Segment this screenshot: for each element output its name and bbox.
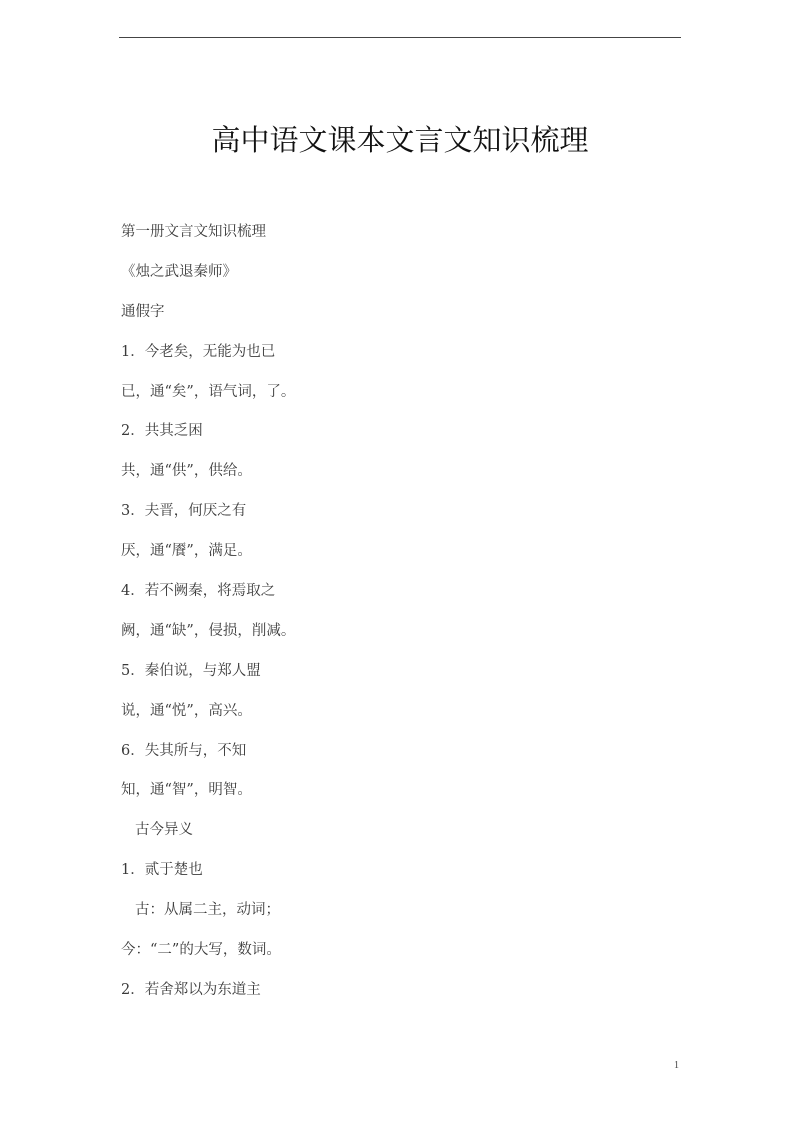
list-item: 4．若不阙秦，将焉取之 bbox=[121, 583, 681, 599]
explanation: 说，通“悦”，高兴。 bbox=[121, 703, 681, 719]
explanation: 今：“二”的大写，数词。 bbox=[121, 942, 681, 958]
list-item: 3．夫晋，何厌之有 bbox=[121, 503, 681, 519]
list-item: 1．贰于楚也 bbox=[121, 862, 681, 878]
explanation: 已，通“矣”，语气词，了。 bbox=[121, 384, 681, 400]
text-title: 《烛之武退秦师》 bbox=[121, 264, 681, 280]
header-rule bbox=[119, 37, 681, 38]
page-number: 1 bbox=[674, 1060, 679, 1071]
explanation: 厌，通“餍”，满足。 bbox=[121, 543, 681, 559]
list-item: 2．若舍郑以为东道主 bbox=[121, 982, 681, 998]
explanation: 知，通“智”，明智。 bbox=[121, 782, 681, 798]
list-item: 5．秦伯说，与郑人盟 bbox=[121, 663, 681, 679]
list-item: 1．今老矣，无能为也已 bbox=[121, 344, 681, 360]
document-body: 第一册文言文知识梳理 《烛之武退秦师》 通假字 1．今老矣，无能为也已 已，通“… bbox=[121, 224, 681, 1022]
explanation: 古：从属二主，动词； bbox=[121, 902, 681, 918]
category-heading: 通假字 bbox=[121, 304, 681, 320]
section-heading: 第一册文言文知识梳理 bbox=[121, 224, 681, 240]
list-item: 2．共其乏困 bbox=[121, 423, 681, 439]
explanation: 阙，通“缺”，侵损，削减。 bbox=[121, 623, 681, 639]
category-heading: 古今异义 bbox=[121, 822, 681, 838]
explanation: 共，通“供”，供给。 bbox=[121, 463, 681, 479]
list-item: 6．失其所与，不知 bbox=[121, 743, 681, 759]
page-title: 高中语文课本文言文知识梳理 bbox=[0, 118, 800, 162]
